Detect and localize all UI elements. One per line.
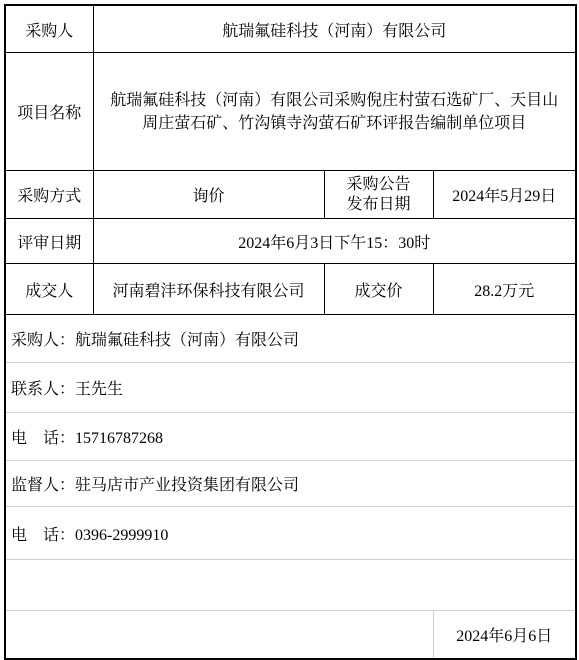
row-winner: 成交人 河南碧沣环保科技有限公司 成交价 28.2万元 xyxy=(5,264,576,315)
price-value: 28.2万元 xyxy=(433,264,576,315)
sign-date-value: 2024年6月6日 xyxy=(433,611,576,660)
purchaser-label: 采购人 xyxy=(5,5,93,53)
empty-cell xyxy=(5,560,576,611)
announcement-date-value: 2024年5月29日 xyxy=(433,171,576,219)
row-review-date: 评审日期 2024年6月3日下午15：30时 xyxy=(5,219,576,264)
method-label: 采购方式 xyxy=(5,171,93,219)
winner-label: 成交人 xyxy=(5,264,93,315)
announcement-date-label: 采购公告 发布日期 xyxy=(324,171,433,219)
row-supervisor: 监督人：驻马店市产业投资集团有限公司 xyxy=(5,461,576,507)
contact-purchaser-line: 采购人：航瑞氟硅科技（河南）有限公司 xyxy=(5,315,576,363)
row-project-name: 项目名称 航瑞氟硅科技（河南）有限公司采购倪庄村萤石选矿厂、天目山周庄萤石矿、竹… xyxy=(5,53,576,171)
row-purchaser: 采购人 航瑞氟硅科技（河南）有限公司 xyxy=(5,5,576,53)
price-label: 成交价 xyxy=(324,264,433,315)
row-empty xyxy=(5,560,576,611)
row-method: 采购方式 询价 采购公告 发布日期 2024年5月29日 xyxy=(5,171,576,219)
supervisor-phone-line: 电 话：0396-2999910 xyxy=(5,507,576,560)
row-contact-phone: 电 话：15716787268 xyxy=(5,413,576,461)
supervisor-line: 监督人：驻马店市产业投资集团有限公司 xyxy=(5,461,576,507)
method-value: 询价 xyxy=(93,171,324,219)
contact-person-line: 联系人：王先生 xyxy=(5,363,576,413)
review-date-label: 评审日期 xyxy=(5,219,93,264)
row-supervisor-phone: 电 话：0396-2999910 xyxy=(5,507,576,560)
procurement-result-notice: 采购人 航瑞氟硅科技（河南）有限公司 项目名称 航瑞氟硅科技（河南）有限公司采购… xyxy=(0,0,579,625)
contact-phone-line: 电 话：15716787268 xyxy=(5,413,576,461)
row-sign-date: 2024年6月6日 xyxy=(5,611,576,660)
winner-value: 河南碧沣环保科技有限公司 xyxy=(93,264,324,315)
result-table: 采购人 航瑞氟硅科技（河南）有限公司 项目名称 航瑞氟硅科技（河南）有限公司采购… xyxy=(4,4,577,660)
project-value: 航瑞氟硅科技（河南）有限公司采购倪庄村萤石选矿厂、天目山周庄萤石矿、竹沟镇寺沟萤… xyxy=(93,53,576,171)
review-date-value: 2024年6月3日下午15：30时 xyxy=(93,219,576,264)
row-contact-purchaser: 采购人：航瑞氟硅科技（河南）有限公司 xyxy=(5,315,576,363)
purchaser-value: 航瑞氟硅科技（河南）有限公司 xyxy=(93,5,576,53)
project-label: 项目名称 xyxy=(5,53,93,171)
row-contact-person: 联系人：王先生 xyxy=(5,363,576,413)
sign-date-spacer xyxy=(5,611,433,660)
